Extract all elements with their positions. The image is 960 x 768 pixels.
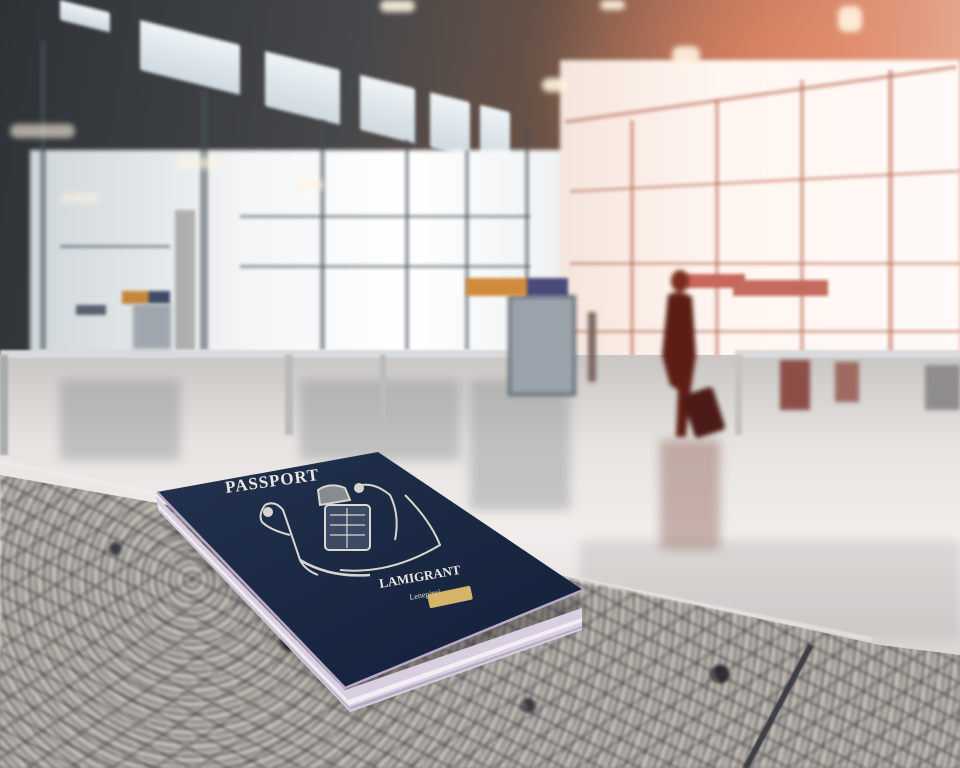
passport[interactable]: PASSPORT LAMIGRANT Lenepinsi [0,0,960,768]
airport-photo: PASSPORT LAMIGRANT Lenepinsi [0,0,960,768]
